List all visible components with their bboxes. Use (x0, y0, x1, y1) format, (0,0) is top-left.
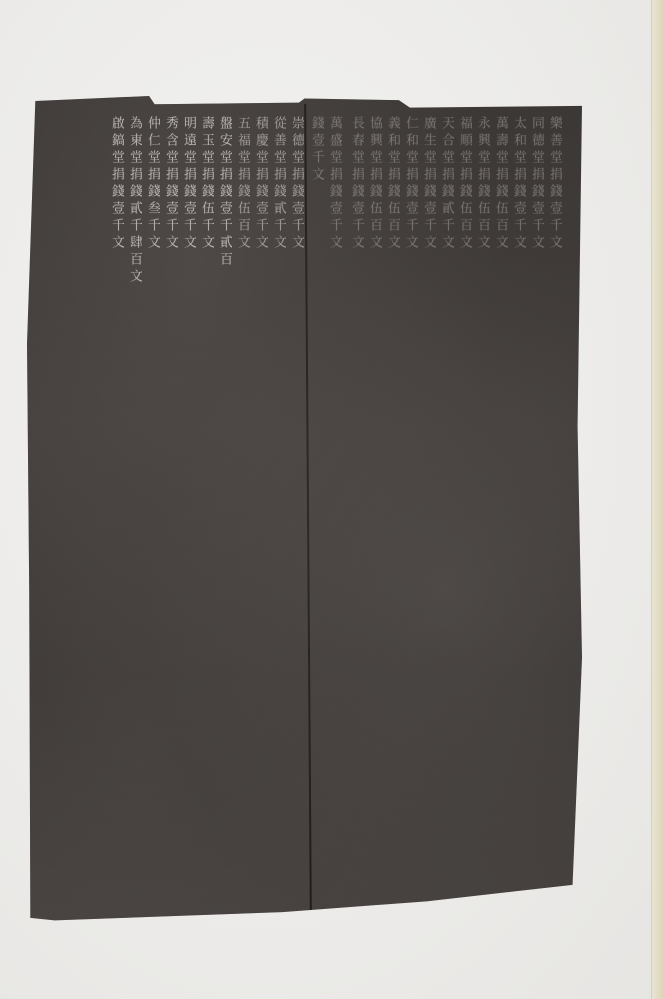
inscription-column: 長春堂捐錢壹千文 (348, 116, 364, 902)
inscription-column: 仲仁堂捐錢叁千文 (144, 116, 160, 902)
inscription-column: 秀含堂捐錢壹千文 (162, 116, 178, 902)
inscription-column: 錢壹千文 (308, 116, 324, 902)
paper-edge (651, 0, 664, 999)
inscription-column: 樂善堂捐錢壹千文 (546, 116, 562, 902)
inscription-column: 廣生堂捐錢壹千文 (420, 116, 436, 902)
inscription-column: 從善堂捐錢貳千文 (270, 116, 286, 902)
inscription-column: 明遠堂捐錢壹千文 (180, 116, 196, 902)
inscription-column: 崇德堂捐錢壹千文 (288, 116, 304, 902)
inscription-column: 協興堂捐錢伍百文 (366, 116, 382, 902)
inscription-column: 萬盛堂捐錢壹千文 (326, 116, 342, 902)
inscription-column: 仁和堂捐錢壹千文 (402, 116, 418, 902)
inscription-columns: 樂善堂捐錢壹千文 同德堂捐錢壹千文 太和堂捐錢壹千文 萬壽堂捐錢伍百文 永興堂捐… (47, 116, 562, 902)
inscription-column: 五福堂捐錢伍百文 (234, 116, 250, 902)
inscription-column: 為東堂捐錢貳千肆百文 (126, 116, 142, 902)
inscription-column: 啟鎬堂捐錢壹千文 (108, 116, 124, 902)
inscription-column: 義和堂捐錢伍百文 (384, 116, 400, 902)
inscription-column: 同德堂捐錢壹千文 (528, 116, 544, 902)
inscription-column: 太和堂捐錢壹千文 (510, 116, 526, 902)
inscription-column: 福順堂捐錢伍百文 (456, 116, 472, 902)
inscription-column: 盤安堂捐錢壹千貳百 (216, 116, 232, 902)
stone-tablet-rubbing: 樂善堂捐錢壹千文 同德堂捐錢壹千文 太和堂捐錢壹千文 萬壽堂捐錢伍百文 永興堂捐… (27, 96, 582, 922)
inscription-column: 永興堂捐錢伍百文 (474, 116, 490, 902)
inscription-column: 天合堂捐錢貳千文 (438, 116, 454, 902)
inscription-column: 萬壽堂捐錢伍百文 (492, 116, 508, 902)
inscription-column: 壽玉堂捐錢伍千文 (198, 116, 214, 902)
inscription-column: 積慶堂捐錢壹千文 (252, 116, 268, 902)
